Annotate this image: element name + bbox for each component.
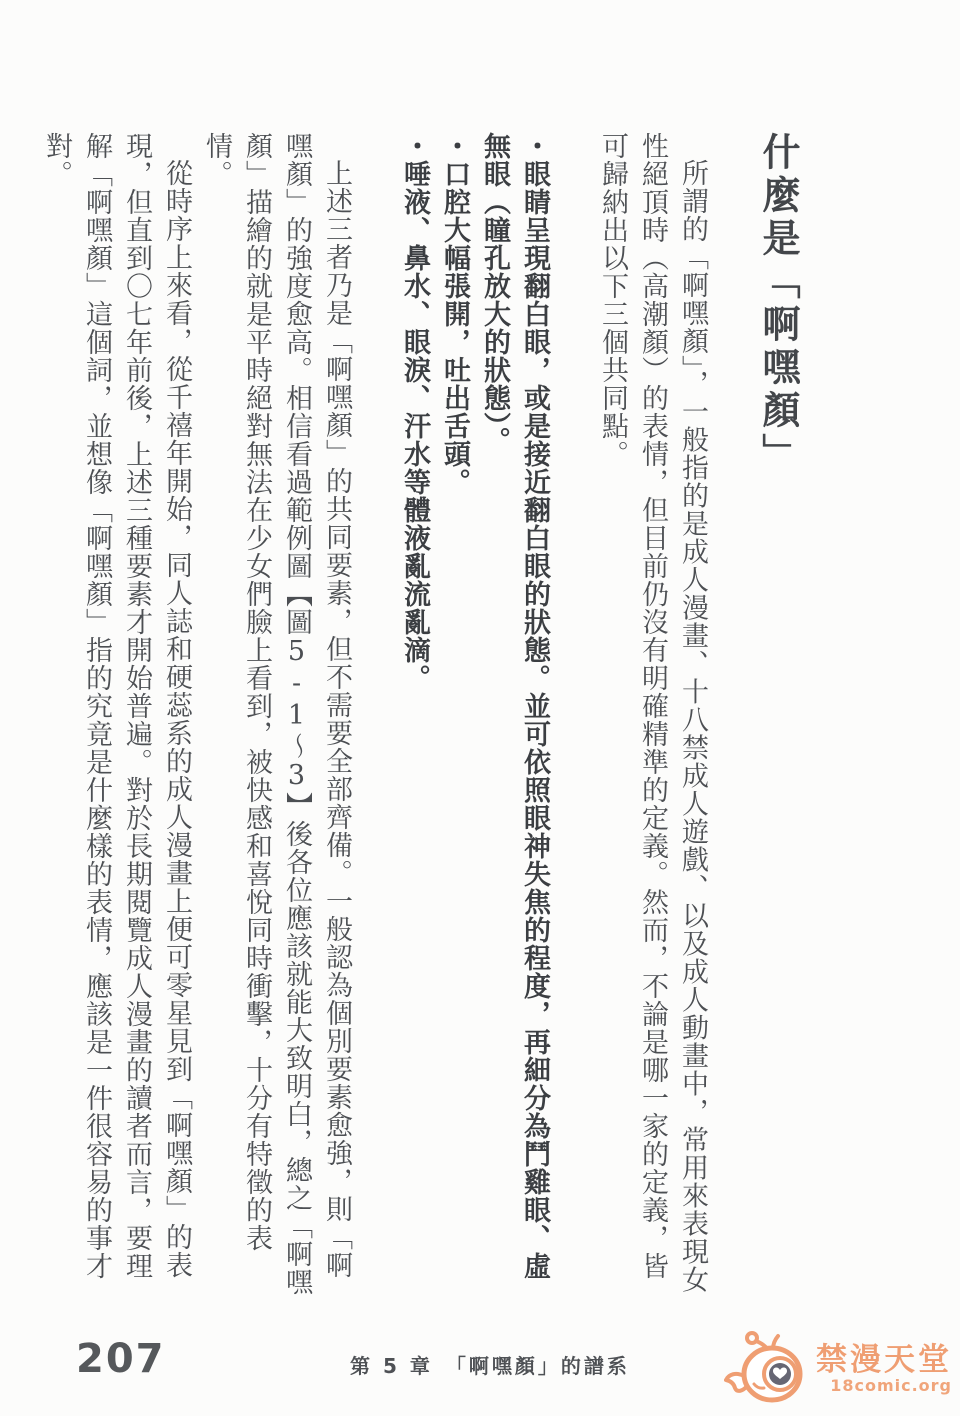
chapter-footer: 第 5 章 「啊嘿顏」的譜系 [350, 1350, 630, 1379]
page-body-vertical-text: 什麼是「啊嘿顏」 所謂的「啊嘿顏」，一般指的是成人漫畫、十八禁成人遊戲、以及成人… [36, 132, 806, 1302]
bullet-item-eyes: ・眼睛呈現翻白眼，或是接近翻白眼的狀態。並可依照眼神失焦的程度，再細分為鬥雞眼、… [474, 132, 554, 1302]
paragraph-elements: 上述三者乃是「啊嘿顏」的共同要素，但不需要全部齊備。一般認為個別要素愈強，則「啊… [196, 132, 356, 1302]
watermark: 禁漫天堂 18comic.org [724, 1328, 952, 1410]
page-number: 207 [76, 1336, 166, 1382]
watermark-site-name: 禁漫天堂 [816, 1343, 952, 1377]
bullet-list: ・眼睛呈現翻白眼，或是接近翻白眼的狀態。並可依照眼神失焦的程度，再細分為鬥雞眼、… [394, 132, 554, 1302]
whale-mascot-icon [724, 1328, 812, 1410]
watermark-site-url: 18comic.org [830, 1377, 952, 1395]
watermark-text: 禁漫天堂 18comic.org [816, 1343, 952, 1395]
book-page: 什麼是「啊嘿顏」 所謂的「啊嘿顏」，一般指的是成人漫畫、十八禁成人遊戲、以及成人… [0, 0, 960, 1416]
bullet-item-mouth: ・口腔大幅張開，吐出舌頭。 [434, 132, 474, 1302]
paragraph-history: 從時序上來看，從千禧年開始，同人誌和硬蕊系的成人漫畫上便可零星見到「啊嘿顏」的表… [36, 132, 196, 1302]
paragraph-intro: 所謂的「啊嘿顏」，一般指的是成人漫畫、十八禁成人遊戲、以及成人動畫中，常用來表現… [592, 132, 712, 1302]
bullet-item-fluids: ・唾液、鼻水、眼淚、汗水等體液亂流亂滴。 [394, 132, 434, 1302]
section-title: 什麼是「啊嘿顏」 [750, 132, 806, 1302]
